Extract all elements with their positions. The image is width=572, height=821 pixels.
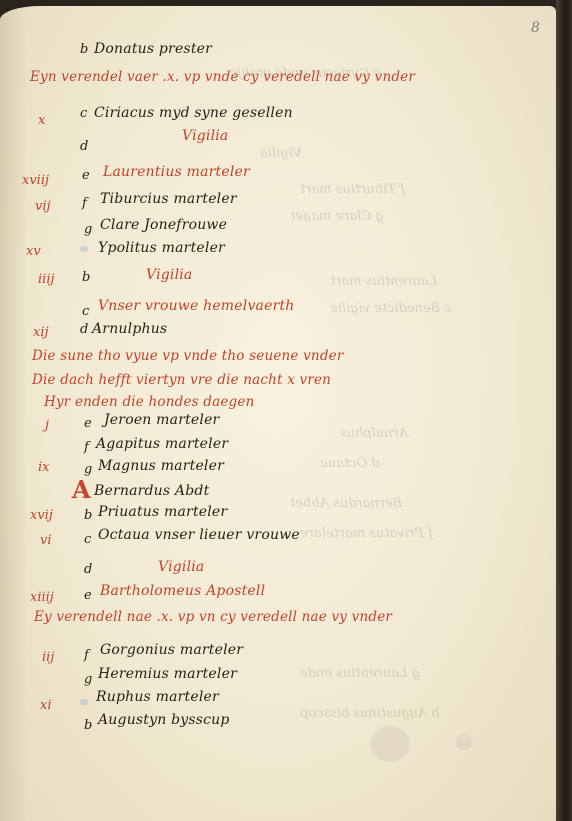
saint-entry: Augustyn bysscup: [98, 712, 230, 728]
bleed-through-text: Arnulphus: [340, 426, 408, 441]
saint-entry: Tiburcius marteler: [100, 191, 237, 207]
saint-entry: Agapitus marteler: [96, 436, 228, 452]
bleed-through-text: Vigilia: [260, 146, 302, 161]
golden-number: xiiij: [30, 590, 54, 605]
dominical-letter: f: [84, 648, 89, 663]
dominical-letter: d: [80, 139, 88, 154]
bleed-through-text: c Benedicte vigilie: [330, 301, 452, 316]
dominical-letter: c: [82, 304, 89, 319]
golden-number: xv: [26, 244, 41, 259]
saint-entry: Donatus prester: [94, 41, 212, 57]
dominical-letter: d: [84, 562, 92, 577]
dominical-letter: g: [84, 222, 92, 237]
dominical-letter: g: [84, 672, 92, 687]
saint-entry: Arnulphus: [92, 321, 167, 337]
bleed-through-text: g Clare maget: [290, 209, 384, 224]
golden-number: xviij: [22, 173, 49, 188]
bleed-through-text: g Laurentius ende: [300, 666, 420, 681]
saint-entry: Jeroen marteler: [104, 412, 219, 428]
golden-number: vi: [40, 533, 52, 548]
feast-entry: Laurentius marteler: [103, 164, 250, 180]
saint-entry: Ciriacus myd syne gesellen: [94, 105, 293, 121]
saint-entry: Gorgonius marteler: [100, 642, 243, 658]
dominical-letter: b: [82, 270, 90, 285]
dominical-letter: b: [84, 718, 92, 733]
saint-entry: Magnus marteler: [98, 458, 224, 474]
vigil-entry: Vigilia: [158, 559, 204, 575]
bleed-through-text: Laurentius mart: [330, 274, 437, 289]
dominical-letter: c: [80, 106, 87, 121]
blue-initial-mark: [80, 246, 88, 252]
dominical-letter: f: [82, 196, 87, 211]
feast-entry: Bartholomeus Apostell: [100, 583, 265, 599]
book-binding-edge: [556, 0, 572, 821]
dominical-letter: e: [84, 588, 92, 603]
golden-number: xvij: [30, 508, 53, 523]
red-initial-A: A: [72, 478, 91, 502]
saint-entry: Clare Jonefrouwe: [100, 217, 227, 233]
dominical-letter: e: [84, 416, 92, 431]
golden-number: j: [45, 418, 49, 433]
dominical-letter: b: [84, 508, 92, 523]
bleed-through-text: f Privatus martelare: [300, 526, 433, 541]
dominical-letter: b: [80, 42, 88, 57]
saint-entry: Priuatus marteler: [98, 504, 227, 520]
rubric-line: Hyr enden die hondes daegen: [44, 394, 254, 410]
golden-number: iij: [42, 650, 54, 665]
bleed-through-text: f Tiburtius mart: [300, 182, 405, 197]
dominical-letter: f: [84, 440, 89, 455]
golden-number: iiij: [38, 272, 55, 287]
blue-initial-mark: [80, 699, 88, 705]
feast-entry: Vnser vrouwe hemelvaerth: [98, 298, 295, 314]
golden-number: x: [38, 113, 45, 128]
parchment-stain: [455, 734, 473, 750]
rubric-line: Die sune tho vyue vp vnde tho seuene vnd…: [32, 348, 344, 364]
saint-entry: Ruphus marteler: [96, 689, 219, 705]
golden-number: ix: [38, 460, 50, 475]
vigil-entry: Vigilia: [182, 128, 228, 144]
dominical-letter: c: [84, 532, 91, 547]
rubric-line: Die dach hefft viertyn vre die nacht x v…: [32, 372, 331, 388]
saint-entry: Ypolitus marteler: [98, 240, 225, 256]
golden-number: vij: [35, 199, 51, 214]
vigil-entry: Vigilia: [146, 267, 192, 283]
dominical-letter: e: [82, 168, 90, 183]
dominical-letter: d: [80, 322, 88, 337]
parchment-stain: [370, 726, 410, 762]
bleed-through-text: d Octaua: [320, 456, 380, 471]
rubric-line: Ey verendell nae .x. vp vn cy veredell n…: [34, 609, 392, 625]
golden-number: xij: [33, 325, 49, 340]
saint-entry: Heremius marteler: [98, 666, 237, 682]
rubric-line: Eyn verendel vaer .x. vp vnde cy veredel…: [30, 69, 415, 85]
saint-entry: Bernardus Abdt: [94, 483, 209, 499]
golden-number: xi: [40, 698, 52, 713]
folio-number: 8: [531, 20, 540, 36]
bleed-through-text: b Augustinus bisscop: [300, 706, 440, 721]
bleed-through-text: Bernardus Abbet: [290, 496, 402, 511]
manuscript-page: 8 c Cyriacus ende vrolijc Vigilia f Tibu…: [0, 6, 556, 821]
saint-entry: Octaua vnser lieuer vrouwe: [98, 527, 300, 543]
